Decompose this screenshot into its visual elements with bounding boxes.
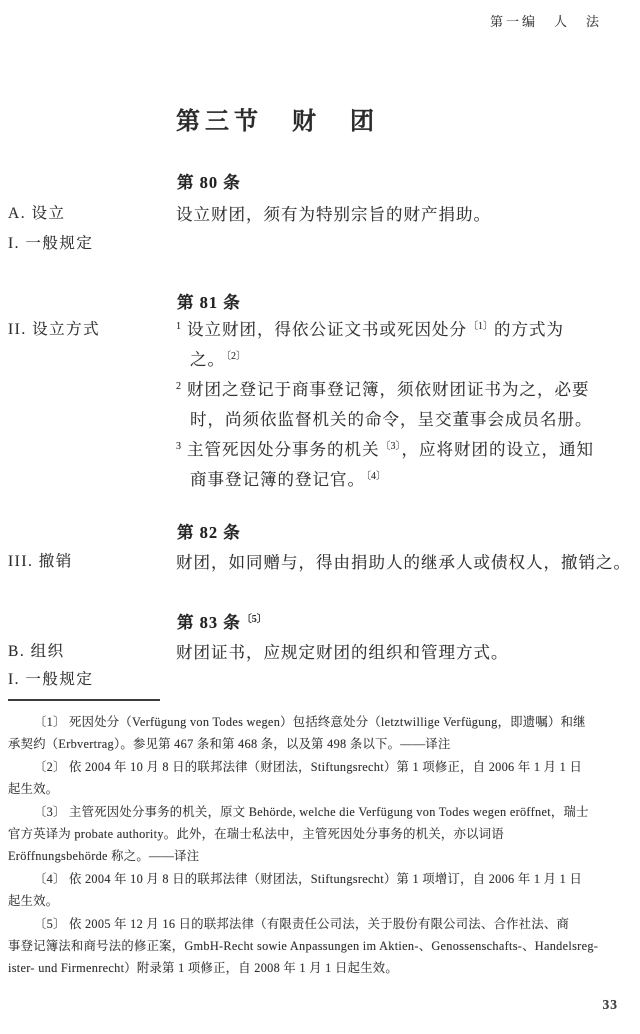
footnote-item-2: 〔2〕 依 2004 年 10 月 8 日的联邦法律（财团法，Stiftungs… [8, 756, 636, 801]
article-82-text: 财团，如同赠与，得由捐助人的继承人或债权人，撤销之。 [176, 549, 631, 573]
article-82-heading: 第 82 条 [177, 519, 241, 543]
paragraph-line: 商事登记簿的登记官。〔4〕 [176, 465, 594, 495]
footnote-item-3: 〔3〕 主管死因处分事务的机关，原文 Behörde, welche die V… [8, 801, 636, 868]
footnote-line: 官方英译为 probate authority。此外，在瑞士私法中，主管死因处分… [8, 823, 636, 845]
footnote-line: 承契约（Erbvertrag）。参见第 467 条和第 468 条，以及第 49… [8, 733, 636, 755]
running-head: 第一编 人 法 [490, 11, 602, 30]
paragraph-text: ，应将财团的设立，通知 [402, 440, 595, 459]
article-83-heading-text: 第 83 条 [177, 613, 241, 632]
paragraph-text: 时，尚须依监督机关的命令，呈交董事会成员名册。 [190, 410, 593, 429]
footnote-item-1: 〔1〕 死因处分（Verfügung von Todes wegen）包括终意处… [8, 711, 636, 756]
paragraph-text: 的方式为 [494, 320, 564, 339]
margin-label-i-general-rules: I. 一般规定 [8, 231, 93, 253]
page-number: 33 [603, 997, 619, 1013]
footnote-item-5: 〔5〕 依 2005 年 12 月 16 日的联邦法律（有限责任公司法，关于股份… [8, 913, 636, 980]
footnote-ref-5: 〔5〕 [242, 614, 267, 625]
paragraph-text: 主管死因处分事务的机关 [187, 440, 380, 459]
footnote-ref-3: 〔3〕 [381, 441, 401, 452]
footnote-ref-2: 〔2〕 [226, 351, 246, 362]
footnote-ref-1: 〔1〕 [468, 321, 493, 332]
footnote-line: 〔2〕 依 2004 年 10 月 8 日的联邦法律（财团法，Stiftungs… [8, 756, 636, 778]
article-83-heading: 第 83 条〔5〕 [177, 609, 268, 633]
article-81-heading: 第 81 条 [177, 289, 241, 313]
footnote-item-4: 〔4〕 依 2004 年 10 月 8 日的联邦法律（财团法，Stiftungs… [8, 868, 636, 913]
paragraph-line: 3主管死因处分事务的机关〔3〕，应将财团的设立，通知 [176, 435, 594, 465]
paragraph-number: 1 [176, 321, 181, 332]
margin-label-ii-establishment-method: II. 设立方式 [8, 317, 100, 339]
footnotes-section: 〔1〕 死因处分（Verfügung von Todes wegen）包括终意处… [8, 711, 636, 980]
footnote-line: Eröffnungsbehörde 称之。——译注 [8, 845, 636, 867]
margin-label-iii-revocation: III. 撤销 [8, 549, 73, 571]
margin-label-i-general-rules: I. 一般规定 [8, 667, 93, 689]
paragraph-text: 之。 [190, 350, 225, 369]
paragraph-text: 财团之登记于商事登记簿，须依财团证书为之，必要 [187, 380, 590, 399]
article-80-text: 设立财团，须有为特别宗旨的财产捐助。 [176, 201, 491, 225]
paragraph-number: 3 [176, 441, 181, 452]
section-title: 第三节 财 团 [176, 101, 379, 136]
article-83-text: 财团证书，应规定财团的组织和管理方式。 [176, 639, 509, 663]
margin-label-a-establishment: A. 设立 [8, 201, 65, 223]
footnote-line: 〔1〕 死因处分（Verfügung von Todes wegen）包括终意处… [8, 711, 636, 733]
footnote-line: 起生效。 [8, 778, 636, 800]
paragraph-text: 商事登记簿的登记官。 [190, 470, 365, 489]
footnote-line: 起生效。 [8, 890, 636, 912]
book-page: 第一编 人 法 第三节 财 团 第 80 条 A. 设立 I. 一般规定 设立财… [0, 0, 640, 1034]
article-81-body: 1设立财团，得依公证文书或死因处分〔1〕的方式为 之。〔2〕 2财团之登记于商事… [176, 315, 594, 495]
paragraph-line: 之。〔2〕 [176, 345, 594, 375]
footnote-line: 〔4〕 依 2004 年 10 月 8 日的联邦法律（财团法，Stiftungs… [8, 868, 636, 890]
paragraph-line: 2财团之登记于商事登记簿，须依财团证书为之，必要 [176, 375, 594, 405]
footnote-line: 〔3〕 主管死因处分事务的机关，原文 Behörde, welche die V… [8, 801, 636, 823]
footnote-separator [8, 699, 160, 701]
paragraph-number: 2 [176, 381, 181, 392]
footnote-line: ister- und Firmenrecht）附录第 1 项修正，自 2008 … [8, 957, 636, 979]
footnote-line: 事登记簿法和商号法的修正案，GmbH-Recht sowie Anpassung… [8, 935, 636, 957]
article-80-heading: 第 80 条 [177, 169, 241, 193]
paragraph-line: 时，尚须依监督机关的命令，呈交董事会成员名册。 [176, 405, 594, 435]
paragraph-line: 1设立财团，得依公证文书或死因处分〔1〕的方式为 [176, 315, 594, 345]
margin-label-b-organization: B. 组织 [8, 639, 65, 661]
footnote-line: 〔5〕 依 2005 年 12 月 16 日的联邦法律（有限责任公司法，关于股份… [8, 913, 636, 935]
paragraph-text: 设立财团，得依公证文书或死因处分 [187, 320, 467, 339]
footnote-ref-4: 〔4〕 [366, 471, 386, 482]
